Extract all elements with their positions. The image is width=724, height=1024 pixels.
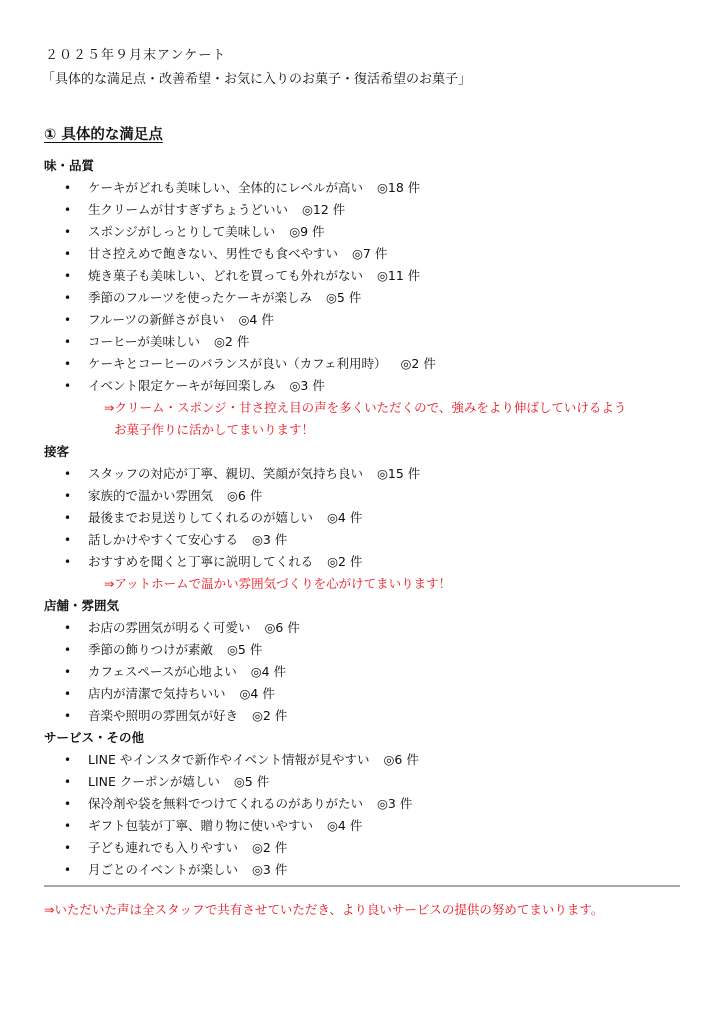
item-text: LINE クーポンが嬉しい <box>88 774 220 789</box>
list-item: •スタッフの対応が丁寧、親切、笑顔が気持ち良い◎15 件 <box>44 463 684 485</box>
item-text: スポンジがしっとりして美味しい <box>88 224 275 239</box>
item-text: おすすめを聞くと丁寧に説明してくれる <box>88 554 313 569</box>
item-text: ケーキがどれも美味しい、全体的にレベルが高い <box>88 180 363 195</box>
bullet-icon: • <box>64 661 71 683</box>
bullet-icon: • <box>64 815 71 837</box>
bullet-icon: • <box>64 375 71 397</box>
item-text: 保冷剤や袋を無料でつけてくれるのがありがたい <box>88 796 363 811</box>
section-heading: ① 具体的な満足点 <box>44 123 163 144</box>
bullet-icon: • <box>64 199 71 221</box>
item-list: •LINE やインスタで新作やイベント情報が見やすい◎6 件•LINE クーポン… <box>44 749 684 881</box>
item-count: ◎7 件 <box>352 246 387 261</box>
survey-content: 味・品質•ケーキがどれも美味しい、全体的にレベルが高い◎18 件•生クリームが甘… <box>44 155 684 881</box>
item-count: ◎4 件 <box>240 686 275 701</box>
item-text: フルーツの新鮮さが良い <box>88 312 225 327</box>
item-text: 季節の飾りつけが素敵 <box>88 642 213 657</box>
feedback-note: ⇒アットホームで温かい雰囲気づくりを心がけてまいります！ <box>44 573 684 595</box>
item-count: ◎12 件 <box>302 202 345 217</box>
bullet-icon: • <box>64 837 71 859</box>
item-count: ◎3 件 <box>252 532 287 547</box>
item-text: イベント限定ケーキが毎回楽しみ <box>88 378 276 393</box>
item-count: ◎4 件 <box>239 312 274 327</box>
item-text: 最後までお見送りしてくれるのが嬉しい <box>88 510 313 525</box>
item-count: ◎2 件 <box>327 554 362 569</box>
feedback-note: お菓子作りに活かしてまいります！ <box>44 419 684 441</box>
list-item: •イベント限定ケーキが毎回楽しみ◎3 件 <box>44 375 684 397</box>
bullet-icon: • <box>64 639 71 661</box>
item-count: ◎2 件 <box>252 840 287 855</box>
bullet-icon: • <box>64 705 71 727</box>
item-list: •お店の雰囲気が明るく可愛い◎6 件•季節の飾りつけが素敵◎5 件•カフェスペー… <box>44 617 684 727</box>
item-count: ◎4 件 <box>327 510 362 525</box>
item-count: ◎5 件 <box>227 642 262 657</box>
item-count: ◎5 件 <box>234 774 269 789</box>
item-text: 音楽や照明の雰囲気が好き <box>88 708 238 723</box>
item-count: ◎3 件 <box>252 862 287 877</box>
item-text: 焼き菓子も美味しい、どれを買っても外れがない <box>88 268 363 283</box>
bullet-icon: • <box>64 749 71 771</box>
item-text: お店の雰囲気が明るく可愛い <box>88 620 251 635</box>
list-item: •甘さ控えめで飽きない、男性でも食べやすい◎7 件 <box>44 243 684 265</box>
category-title: 店舗・雰囲気 <box>44 595 684 617</box>
item-text: カフェスペースが心地よい <box>88 664 237 679</box>
list-item: •店内が清潔で気持ちいい◎4 件 <box>44 683 684 705</box>
category-section: 店舗・雰囲気•お店の雰囲気が明るく可愛い◎6 件•季節の飾りつけが素敵◎5 件•… <box>44 595 684 727</box>
bullet-icon: • <box>64 463 71 485</box>
list-item: •話しかけやすくて安心する◎3 件 <box>44 529 684 551</box>
item-text: 甘さ控えめで飽きない、男性でも食べやすい <box>88 246 338 261</box>
item-count: ◎15 件 <box>377 466 420 481</box>
item-list: •スタッフの対応が丁寧、親切、笑顔が気持ち良い◎15 件•家族的で温かい雰囲気◎… <box>44 463 684 573</box>
bullet-icon: • <box>64 485 71 507</box>
list-item: •子ども連れでも入りやすい◎2 件 <box>44 837 684 859</box>
item-count: ◎2 件 <box>252 708 287 723</box>
bullet-icon: • <box>64 265 71 287</box>
list-item: •お店の雰囲気が明るく可愛い◎6 件 <box>44 617 684 639</box>
item-count: ◎9 件 <box>289 224 324 239</box>
item-count: ◎4 件 <box>327 818 362 833</box>
item-text: 生クリームが甘すぎずちょうどいい <box>88 202 288 217</box>
document-subtitle: 「具体的な満足点・改善希望・お気に入りのお菓子・復活希望のお菓子」 <box>42 68 471 87</box>
list-item: •フルーツの新鮮さが良い◎4 件 <box>44 309 684 331</box>
list-item: •最後までお見送りしてくれるのが嬉しい◎4 件 <box>44 507 684 529</box>
feedback-note: ⇒クリーム・スポンジ・甘さ控え目の声を多くいただくので、強みをより伸ばしていける… <box>44 397 684 419</box>
bullet-icon: • <box>64 793 71 815</box>
category-section: 接客•スタッフの対応が丁寧、親切、笑顔が気持ち良い◎15 件•家族的で温かい雰囲… <box>44 441 684 595</box>
bullet-icon: • <box>64 353 71 375</box>
category-title: サービス・その他 <box>44 727 684 749</box>
bullet-icon: • <box>64 529 71 551</box>
bullet-icon: • <box>64 331 71 353</box>
bullet-icon: • <box>64 177 71 199</box>
item-count: ◎4 件 <box>251 664 286 679</box>
item-count: ◎18 件 <box>377 180 420 195</box>
list-item: •ケーキとコーヒーのバランスが良い（カフェ利用時）◎2 件 <box>44 353 684 375</box>
list-item: •カフェスペースが心地よい◎4 件 <box>44 661 684 683</box>
item-text: 月ごとのイベントが楽しい <box>88 862 238 877</box>
list-item: •月ごとのイベントが楽しい◎3 件 <box>44 859 684 881</box>
item-count: ◎3 件 <box>290 378 325 393</box>
list-item: •おすすめを聞くと丁寧に説明してくれる◎2 件 <box>44 551 684 573</box>
item-count: ◎11 件 <box>377 268 420 283</box>
bullet-icon: • <box>64 309 71 331</box>
item-count: ◎6 件 <box>384 752 419 767</box>
list-item: •焼き菓子も美味しい、どれを買っても外れがない◎11 件 <box>44 265 684 287</box>
bullet-icon: • <box>64 287 71 309</box>
document-page: ２０２５年９月末アンケート 「具体的な満足点・改善希望・お気に入りのお菓子・復活… <box>0 0 724 1024</box>
bullet-icon: • <box>64 243 71 265</box>
bullet-icon: • <box>64 221 71 243</box>
list-item: •スポンジがしっとりして美味しい◎9 件 <box>44 221 684 243</box>
item-count: ◎5 件 <box>326 290 361 305</box>
item-count: ◎2 件 <box>401 356 436 371</box>
list-item: •音楽や照明の雰囲気が好き◎2 件 <box>44 705 684 727</box>
item-text: 季節のフルーツを使ったケーキが楽しみ <box>88 290 312 305</box>
footer-note: ⇒いただいた声は全スタッフで共有させていただき、より良いサービスの提供の努めてま… <box>44 900 603 918</box>
item-text: コーヒーが美味しい <box>88 334 200 349</box>
item-count: ◎6 件 <box>265 620 300 635</box>
list-item: •LINE クーポンが嬉しい◎5 件 <box>44 771 684 793</box>
category-section: 味・品質•ケーキがどれも美味しい、全体的にレベルが高い◎18 件•生クリームが甘… <box>44 155 684 441</box>
list-item: •生クリームが甘すぎずちょうどいい◎12 件 <box>44 199 684 221</box>
list-item: •保冷剤や袋を無料でつけてくれるのがありがたい◎3 件 <box>44 793 684 815</box>
list-item: •季節のフルーツを使ったケーキが楽しみ◎5 件 <box>44 287 684 309</box>
bullet-icon: • <box>64 507 71 529</box>
item-text: 店内が清潔で気持ちいい <box>88 686 226 701</box>
list-item: •季節の飾りつけが素敵◎5 件 <box>44 639 684 661</box>
bullet-icon: • <box>64 617 71 639</box>
list-item: •ギフト包装が丁寧、贈り物に使いやすい◎4 件 <box>44 815 684 837</box>
category-title: 接客 <box>44 441 684 463</box>
list-item: •LINE やインスタで新作やイベント情報が見やすい◎6 件 <box>44 749 684 771</box>
item-count: ◎3 件 <box>377 796 412 811</box>
item-text: ギフト包装が丁寧、贈り物に使いやすい <box>88 818 313 833</box>
item-list: •ケーキがどれも美味しい、全体的にレベルが高い◎18 件•生クリームが甘すぎずち… <box>44 177 684 397</box>
item-count: ◎2 件 <box>214 334 249 349</box>
category-title: 味・品質 <box>44 155 684 177</box>
bullet-icon: • <box>64 551 71 573</box>
item-text: 話しかけやすくて安心する <box>88 532 238 547</box>
item-text: 家族的で温かい雰囲気 <box>88 488 213 503</box>
item-text: ケーキとコーヒーのバランスが良い（カフェ利用時） <box>88 356 387 371</box>
bullet-icon: • <box>64 859 71 881</box>
list-item: •コーヒーが美味しい◎2 件 <box>44 331 684 353</box>
category-section: サービス・その他•LINE やインスタで新作やイベント情報が見やすい◎6 件•L… <box>44 727 684 881</box>
bullet-icon: • <box>64 683 71 705</box>
divider <box>44 885 680 887</box>
item-text: LINE やインスタで新作やイベント情報が見やすい <box>88 752 370 767</box>
list-item: •家族的で温かい雰囲気◎6 件 <box>44 485 684 507</box>
item-text: 子ども連れでも入りやすい <box>88 840 238 855</box>
item-text: スタッフの対応が丁寧、親切、笑顔が気持ち良い <box>88 466 363 481</box>
list-item: •ケーキがどれも美味しい、全体的にレベルが高い◎18 件 <box>44 177 684 199</box>
item-count: ◎6 件 <box>227 488 262 503</box>
bullet-icon: • <box>64 771 71 793</box>
document-title: ２０２５年９月末アンケート <box>45 44 226 63</box>
